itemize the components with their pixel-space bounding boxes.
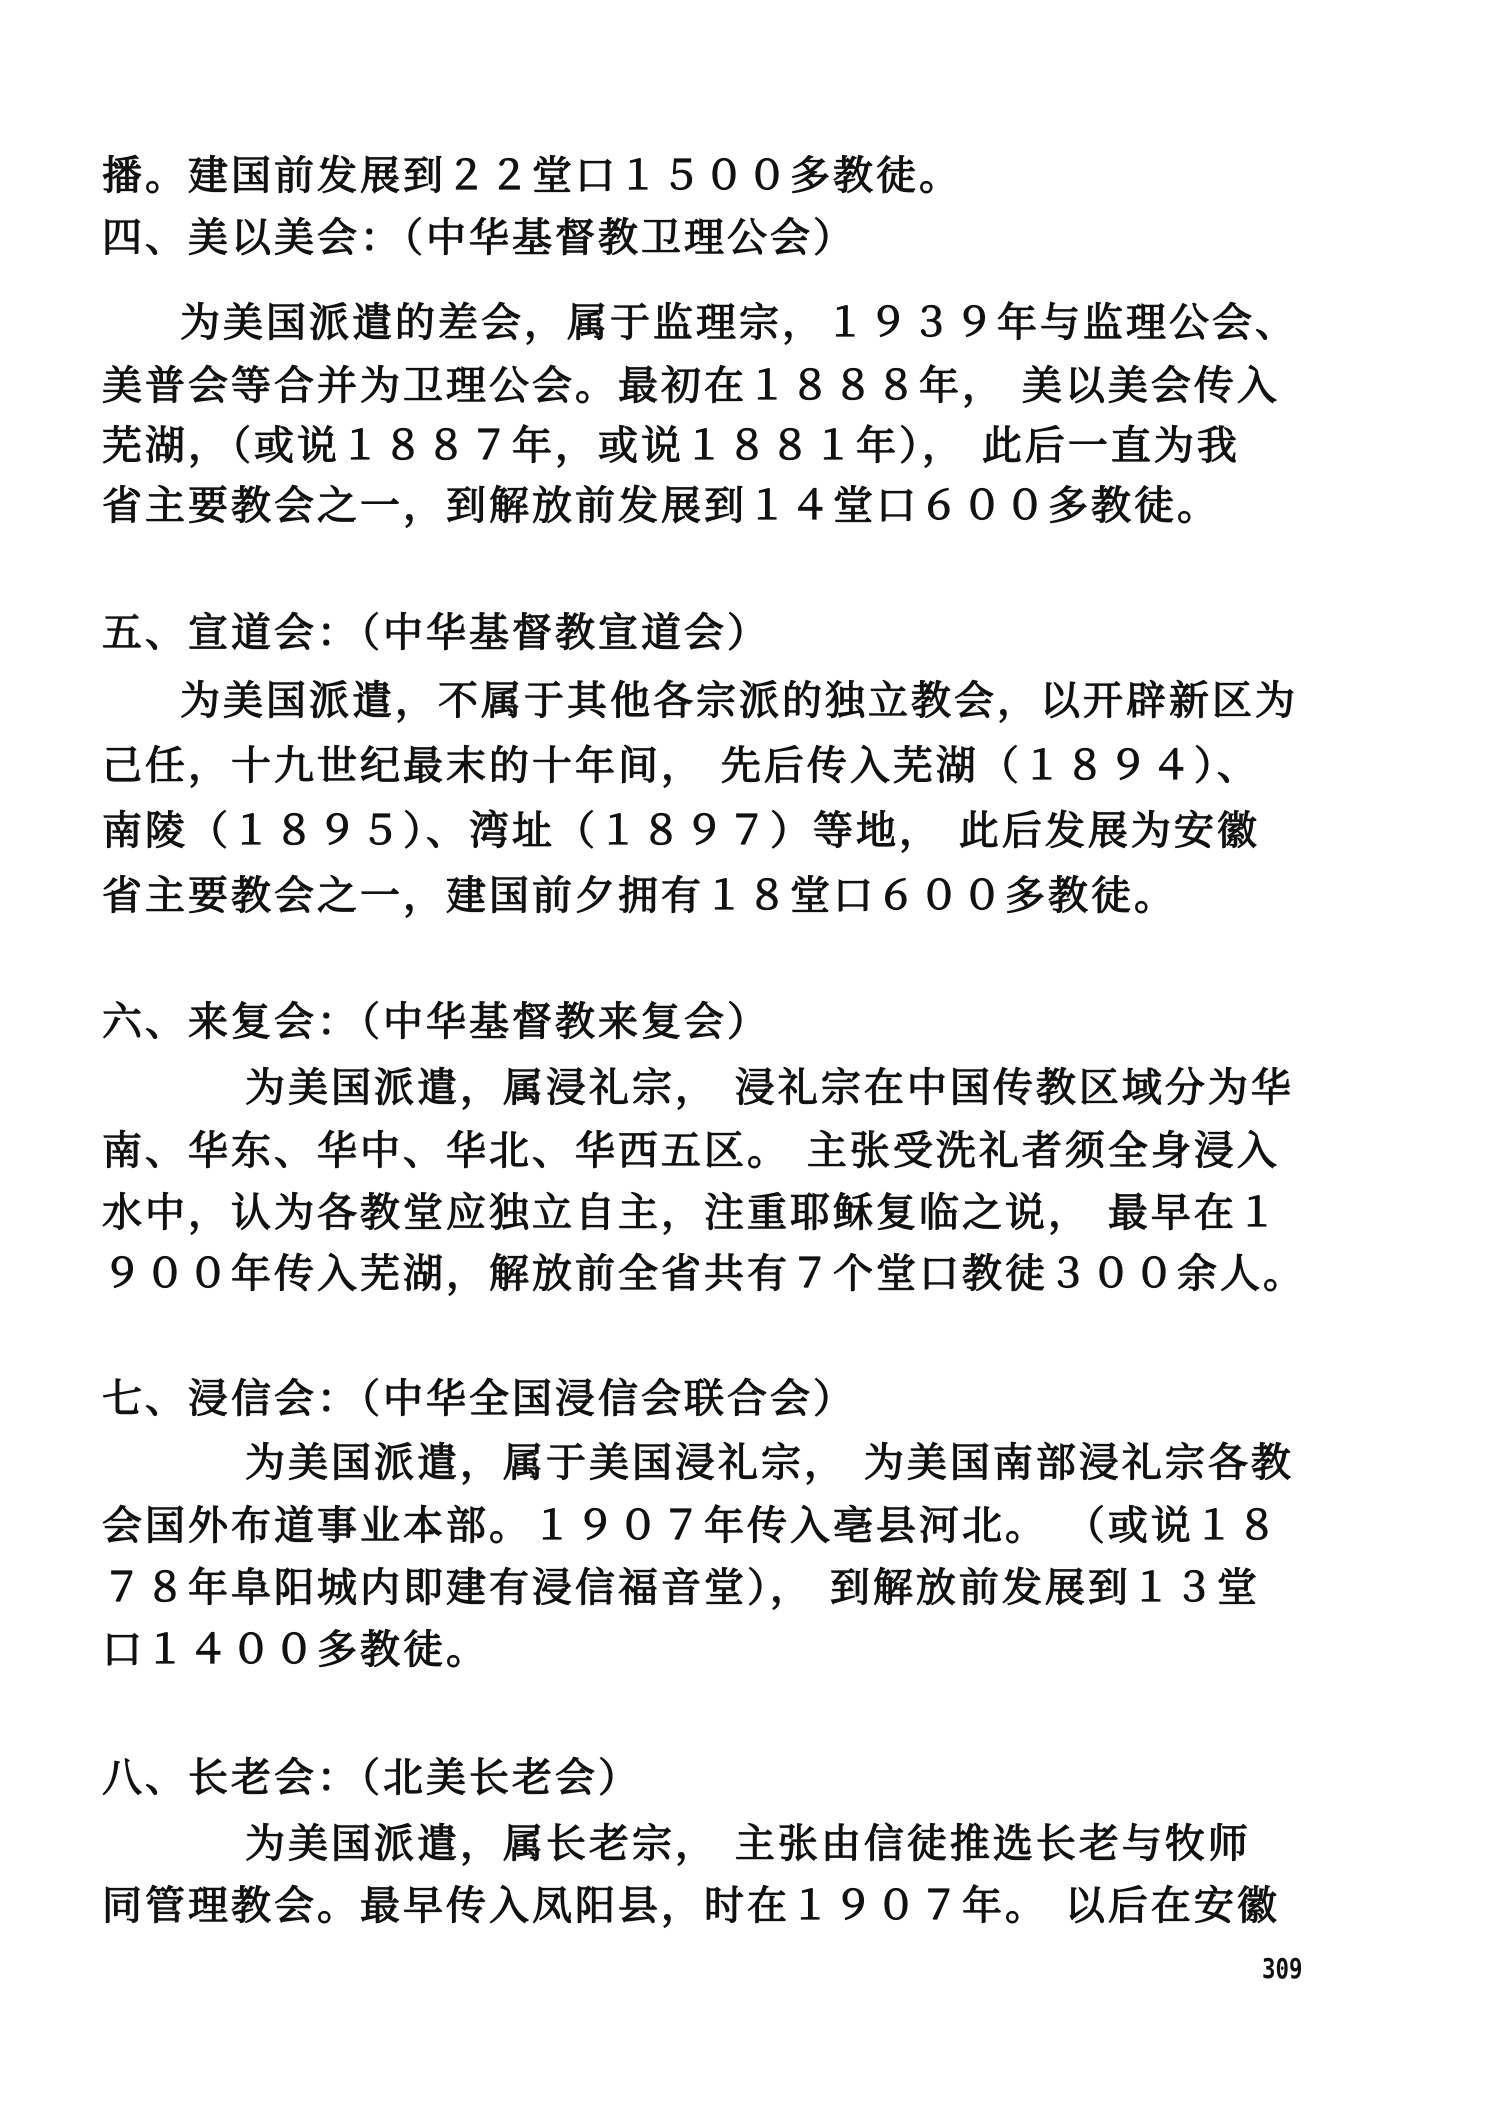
scanned-book-page: 播。建国前发展到２２堂口１５００多教徒。 四、美以美会：（中华基督教卫理公会） … — [0, 0, 1500, 2110]
continuation-line: 播。建国前发展到２２堂口１５００多教徒。 — [102, 150, 962, 202]
paragraph-line: 南陵（１８９５）、湾址（１８９７）等地， 此后发展为安徽 — [102, 805, 1260, 857]
paragraph-line: ９００年传入芜湖，解放前全省共有７个堂口教徒３００余人。 — [102, 1248, 1306, 1300]
paragraph-line: 美普会等合并为卫理公会。最初在１８８８年， 美以美会传入 — [102, 360, 1280, 412]
paragraph-line: 会国外布道事业本部。１９０７年传入亳县河北。 （或说１８ — [102, 1500, 1280, 1552]
paragraph-line: 为美国派遣，属浸礼宗， 浸礼宗在中国传教区域分为华 — [245, 1062, 1294, 1114]
page-number: 309 — [1262, 1952, 1302, 1985]
paragraph-line: 为美国派遣，属于美国浸礼宗， 为美国南部浸礼宗各教 — [245, 1437, 1294, 1489]
paragraph-line: ７８年阜阳城内即建有浸信福音堂）， 到解放前发展到１３堂 — [102, 1562, 1260, 1614]
paragraph-line: 己任，十九世纪最末的十年间， 先后传入芜湖（１８９４）、 — [102, 740, 1260, 792]
section-heading-5: 五、宣道会：（中华基督教宣道会） — [102, 607, 770, 659]
paragraph-line: 水中，认为各教堂应独立自主，注重耶稣复临之说， 最早在１ — [102, 1187, 1280, 1239]
section-heading-7: 七、浸信会：（中华全国浸信会联合会） — [102, 1373, 856, 1425]
section-heading-4: 四、美以美会：（中华基督教卫理公会） — [102, 212, 856, 264]
paragraph-line: 省主要教会之一，建国前夕拥有１８堂口６００多教徒。 — [102, 870, 1177, 922]
section-heading-6: 六、来复会：（中华基督教来复会） — [102, 996, 770, 1048]
paragraph-line: 省主要教会之一，到解放前发展到１４堂口６００多教徒。 — [102, 480, 1220, 532]
paragraph-line: 同管理教会。最早传入凤阳县，时在１９０７年。 以后在安徽 — [102, 1880, 1280, 1932]
paragraph-line: 芜湖，（或说１８８７年，或说１８８１年）， 此后一直为我 — [102, 420, 1240, 472]
paragraph-line: 口１４００多教徒。 — [102, 1624, 489, 1676]
paragraph-line: 为美国派遣，不属于其他各宗派的独立教会，以开辟新区为 — [180, 675, 1298, 727]
section-heading-8: 八、长老会：（北美长老会） — [102, 1752, 641, 1804]
paragraph-line: 为美国派遣，属长老宗， 主张由信徒推选长老与牧师 — [245, 1818, 1251, 1870]
paragraph-line: 南、华东、华中、华北、华西五区。 主张受洗礼者须全身浸入 — [102, 1125, 1280, 1177]
paragraph-line: 为美国派遣的差会，属于监理宗，１９３９年与监理公会、 — [180, 297, 1298, 349]
